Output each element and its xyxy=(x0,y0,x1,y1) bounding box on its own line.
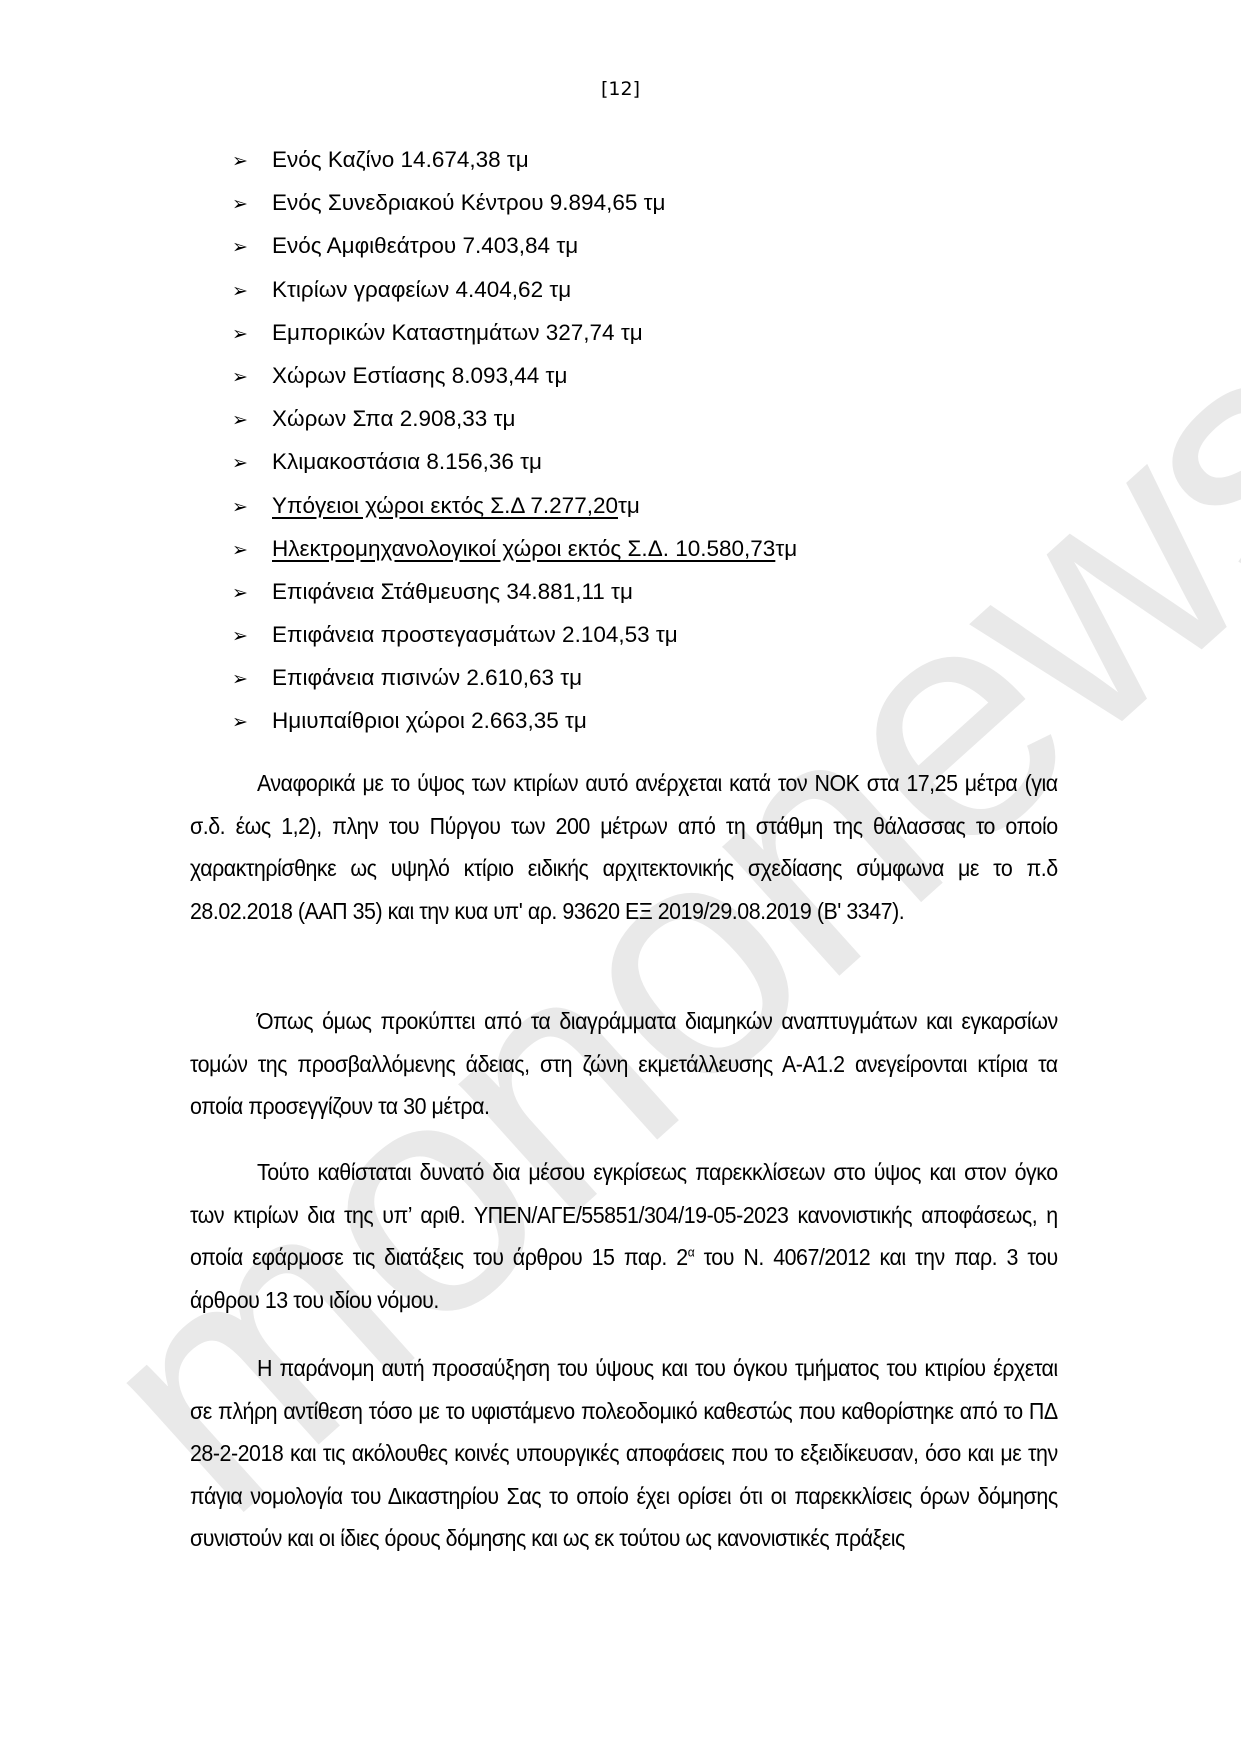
list-item: ➢Κλιμακοστάσια 8.156,36 τμ xyxy=(232,448,797,491)
list-item: ➢Χώρων Σπα 2.908,33 τμ xyxy=(232,405,797,448)
list-item: ➢Ενός Συνεδριακού Κέντρου 9.894,65 τμ xyxy=(232,189,797,232)
arrowhead-bullet-icon: ➢ xyxy=(232,621,272,651)
paragraph-illegal-increase: Η παράνομη αυτή προσαύξηση του ύψους και… xyxy=(190,1347,1058,1560)
list-item: ➢Επιφάνεια Στάθμευσης 34.881,11 τμ xyxy=(232,578,797,621)
list-item: ➢Χώρων Εστίασης 8.093,44 τμ xyxy=(232,362,797,405)
list-item-text: Κλιμακοστάσια 8.156,36 τμ xyxy=(272,448,542,476)
list-item: ➢Κτιρίων γραφείων 4.404,62 τμ xyxy=(232,276,797,319)
arrowhead-bullet-icon: ➢ xyxy=(232,535,272,565)
arrowhead-bullet-icon: ➢ xyxy=(232,707,272,737)
paragraph: Αναφορικά με το ύψος των κτιρίων αυτό αν… xyxy=(190,762,1058,932)
arrowhead-bullet-icon: ➢ xyxy=(232,405,272,435)
list-item-unit: τμ xyxy=(775,535,797,563)
paragraph-text: Η παράνομη αυτή προσαύξηση του ύψους και… xyxy=(190,1355,1058,1551)
arrowhead-bullet-icon: ➢ xyxy=(232,664,272,694)
arrowhead-bullet-icon: ➢ xyxy=(232,189,272,219)
list-item: ➢Ενός Καζίνο 14.674,38 τμ xyxy=(232,146,797,189)
list-item-text: Χώρων Εστίασης 8.093,44 τμ xyxy=(272,362,567,390)
list-item: ➢Υπόγειοι χώροι εκτός Σ.Δ 7.277,20 τμ xyxy=(232,492,797,535)
paragraph-text: Όπως όμως προκύπτει από τα διαγράμματα δ… xyxy=(190,1008,1058,1119)
arrowhead-bullet-icon: ➢ xyxy=(232,578,272,608)
paragraph-deviation-approval: Τούτο καθίσταται δυνατό δια μέσου εγκρίσ… xyxy=(190,1151,1058,1321)
list-item-text: Εμπορικών Καταστημάτων 327,74 τμ xyxy=(272,319,643,347)
arrowhead-bullet-icon: ➢ xyxy=(232,232,272,262)
list-item-text: Επιφάνεια προστεγασμάτων 2.104,53 τμ xyxy=(272,621,678,649)
paragraph: Τούτο καθίσταται δυνατό δια μέσου εγκρίσ… xyxy=(190,1151,1058,1321)
list-item-text: Κτιρίων γραφείων 4.404,62 τμ xyxy=(272,276,571,304)
list-item-text: Ημιυπαίθριοι χώροι 2.663,35 τμ xyxy=(272,707,587,735)
list-item-text-underlined: Ηλεκτρομηχανολογικοί χώροι εκτός Σ.Δ. 10… xyxy=(272,535,775,563)
arrowhead-bullet-icon: ➢ xyxy=(232,362,272,392)
list-item-text: Ενός Συνεδριακού Κέντρου 9.894,65 τμ xyxy=(272,189,665,217)
paragraph-height-increase: Όπως όμως προκύπτει από τα διαγράμματα δ… xyxy=(190,1000,1058,1128)
arrowhead-bullet-icon: ➢ xyxy=(232,448,272,478)
list-item: ➢Εμπορικών Καταστημάτων 327,74 τμ xyxy=(232,319,797,362)
list-item: ➢Επιφάνεια πισινών 2.610,63 τμ xyxy=(232,664,797,707)
list-item-text: Χώρων Σπα 2.908,33 τμ xyxy=(272,405,515,433)
list-item-unit: τμ xyxy=(618,492,640,520)
arrowhead-bullet-icon: ➢ xyxy=(232,146,272,176)
list-item-text: Ενός Καζίνο 14.674,38 τμ xyxy=(272,146,529,174)
area-list: ➢Ενός Καζίνο 14.674,38 τμ ➢Ενός Συνεδρια… xyxy=(232,146,797,751)
list-item-text: Επιφάνεια πισινών 2.610,63 τμ xyxy=(272,664,582,692)
list-item: ➢Ενός Αμφιθεάτρου 7.403,84 τμ xyxy=(232,232,797,275)
paragraph-text: Αναφορικά με το ύψος των κτιρίων αυτό αν… xyxy=(190,770,1058,924)
arrowhead-bullet-icon: ➢ xyxy=(232,492,272,522)
list-item-text-underlined: Υπόγειοι χώροι εκτός Σ.Δ 7.277,20 xyxy=(272,492,618,520)
arrowhead-bullet-icon: ➢ xyxy=(232,276,272,306)
list-item-text: Ενός Αμφιθεάτρου 7.403,84 τμ xyxy=(272,232,578,260)
paragraph: Η παράνομη αυτή προσαύξηση του ύψους και… xyxy=(190,1347,1058,1560)
paragraph-height-reference: Αναφορικά με το ύψος των κτιρίων αυτό αν… xyxy=(190,762,1058,932)
paragraph: Όπως όμως προκύπτει από τα διαγράμματα δ… xyxy=(190,1000,1058,1128)
list-item: ➢Επιφάνεια προστεγασμάτων 2.104,53 τμ xyxy=(232,621,797,664)
list-item-text: Επιφάνεια Στάθμευσης 34.881,11 τμ xyxy=(272,578,633,606)
page-number: [12] xyxy=(0,78,1241,100)
list-item: ➢Ηλεκτρομηχανολογικοί χώροι εκτός Σ.Δ. 1… xyxy=(232,535,797,578)
arrowhead-bullet-icon: ➢ xyxy=(232,319,272,349)
list-item: ➢Ημιυπαίθριοι χώροι 2.663,35 τμ xyxy=(232,707,797,750)
